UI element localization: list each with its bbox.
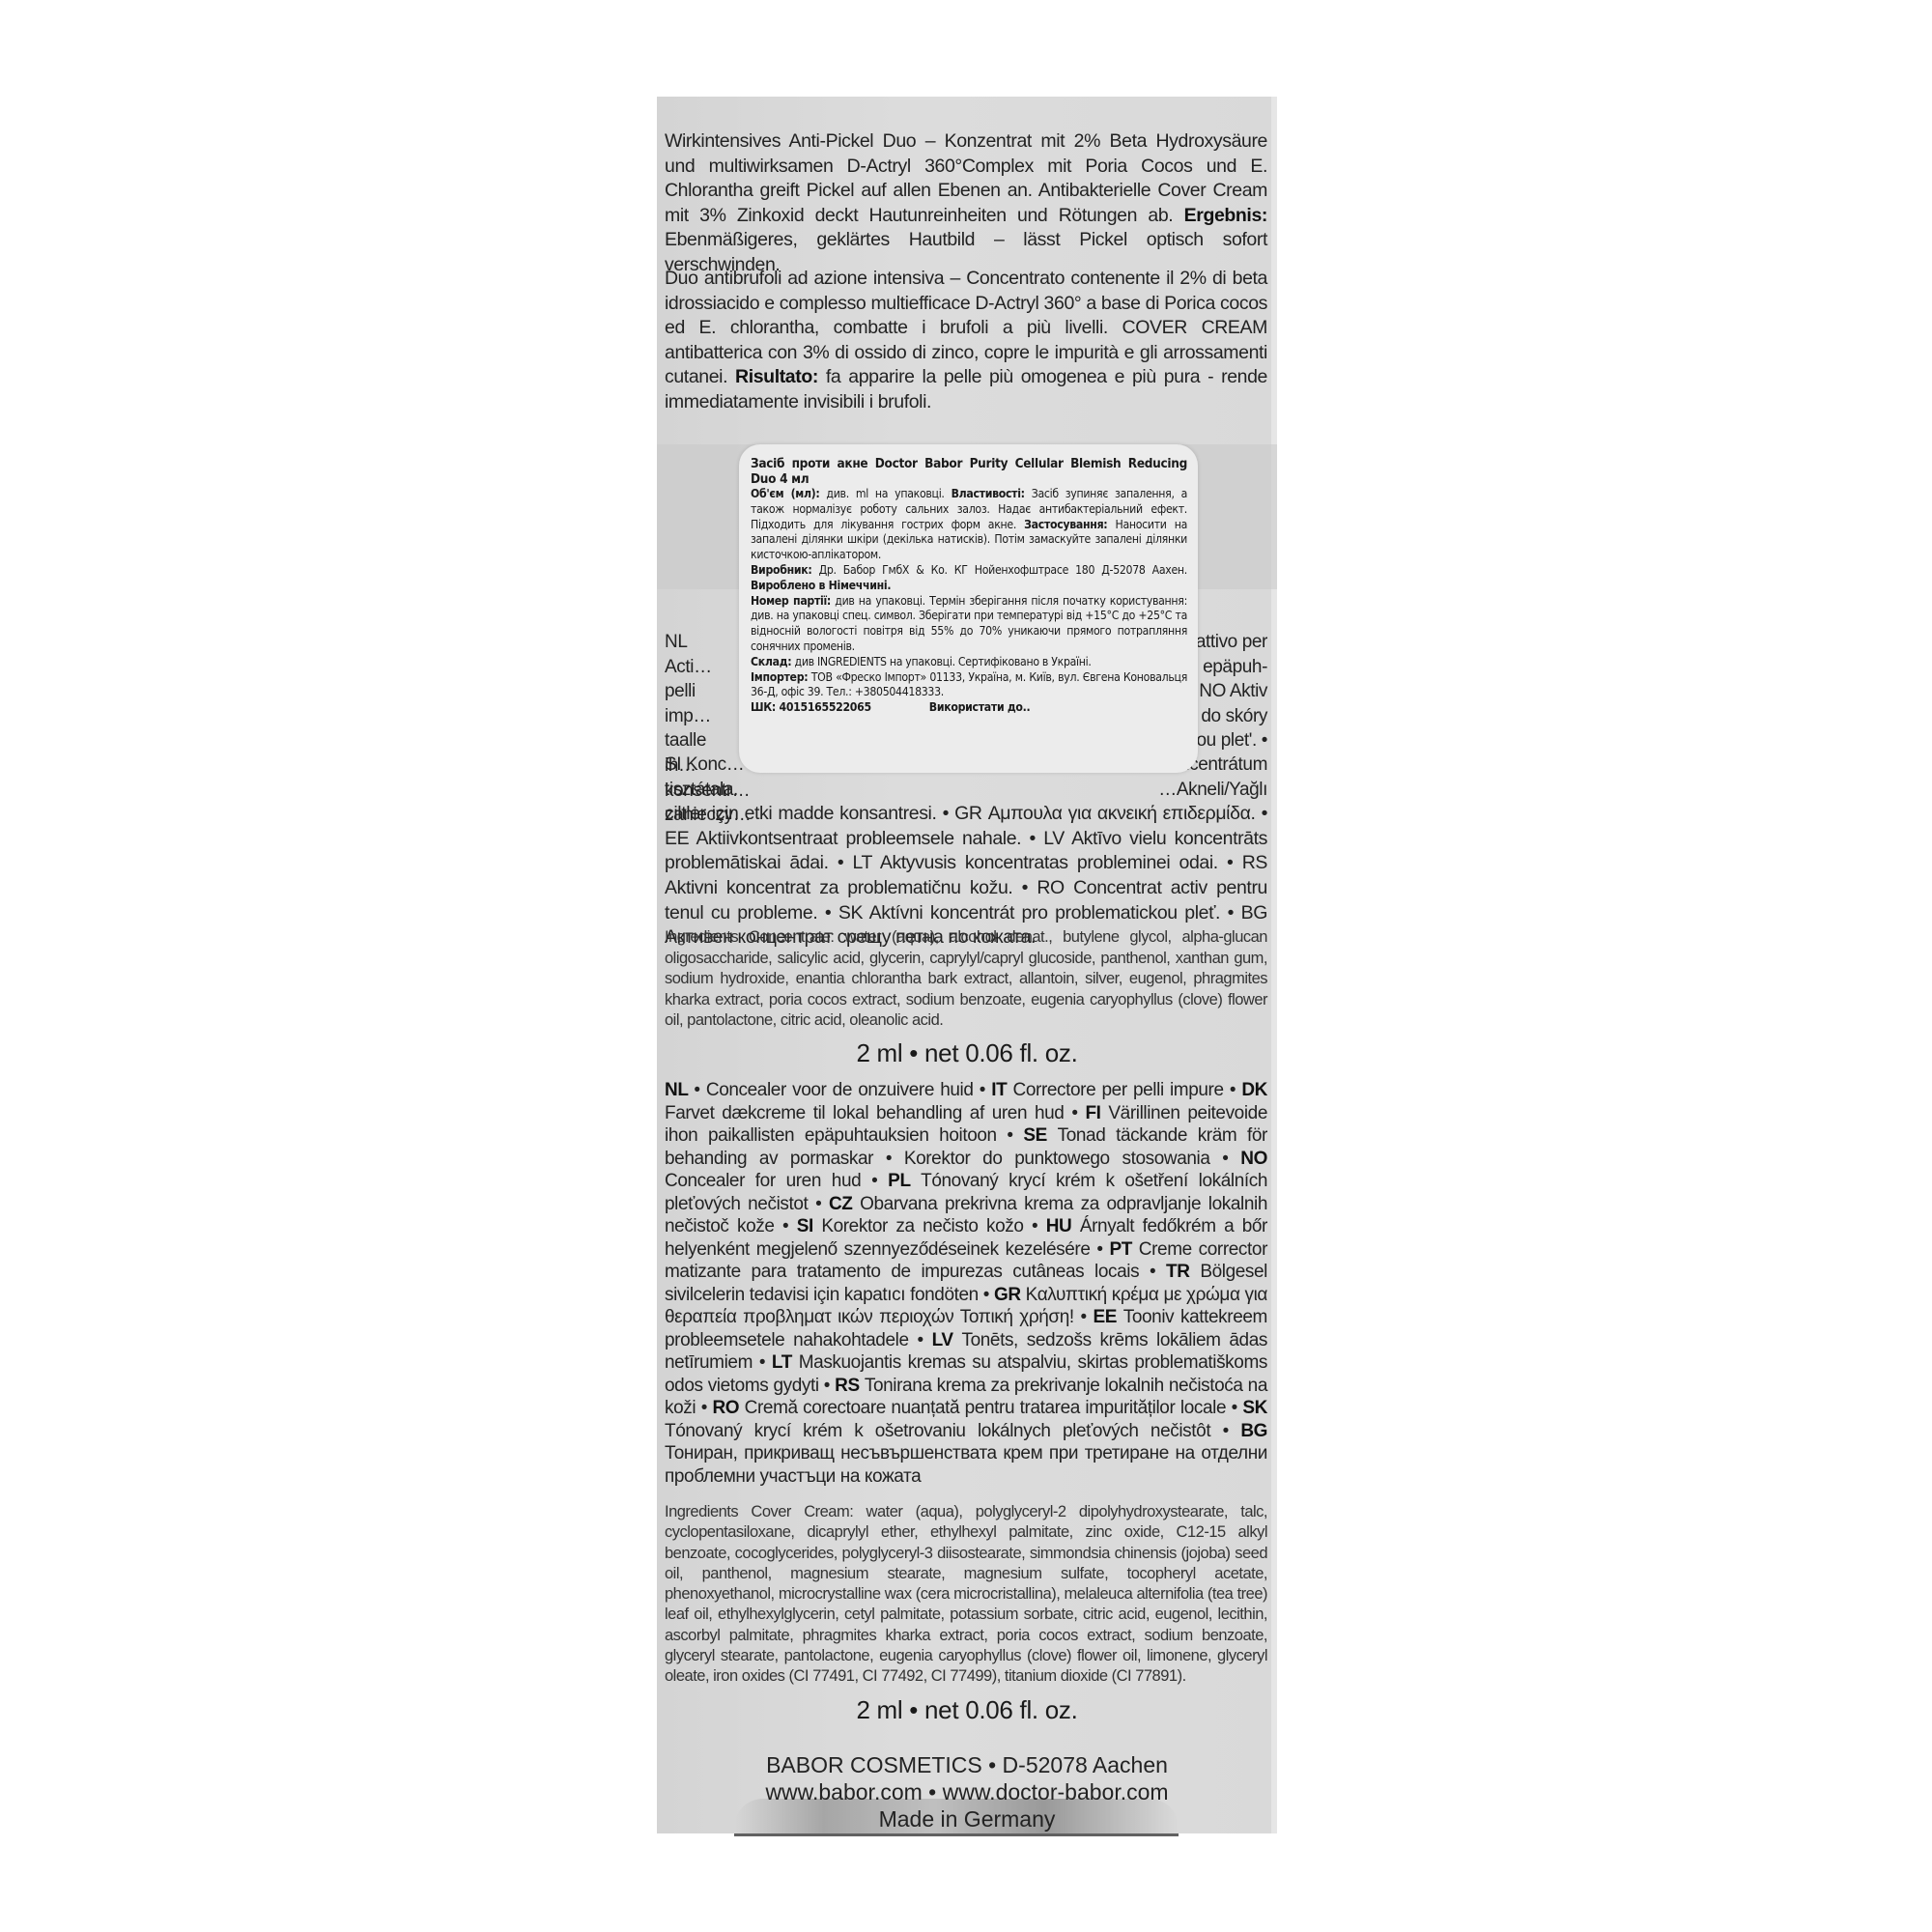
sticker-manufacturer: Виробник: Др. Бабор ГмбХ & Ко. КГ Нойенх… [751, 563, 1187, 594]
language-text: Korektor za nečisto kožo [821, 1216, 1023, 1236]
batch-label: Номер партії: [751, 594, 831, 608]
sticker-batch: Номер партії: див на упаковці. Термін зб… [751, 594, 1187, 655]
websites: www.babor.com • www.doctor-babor.com [657, 1778, 1277, 1805]
language-text: Cremă corectoare nuanțată pentru tratare… [745, 1398, 1227, 1418]
language-code: IT [991, 1080, 1012, 1100]
net-content-concentrate: 2 ml • net 0.06 fl. oz. [657, 1038, 1277, 1068]
language-code: RS [835, 1376, 865, 1396]
fragment: NL Acti… [665, 630, 732, 679]
language-code: HU [1046, 1216, 1080, 1236]
importer-label: Імпортер: [751, 670, 808, 684]
language-code: GR [994, 1285, 1026, 1305]
language-code: LT [772, 1352, 799, 1373]
sticker-body: Об'єм (мл): див. ml на упаковці. Властив… [751, 487, 1187, 563]
language-code: BG [1240, 1421, 1267, 1441]
sticker-importer: Імпортер: ТОВ «Фреско Імпорт» 01133, Укр… [751, 670, 1187, 701]
language-code: FI [1085, 1103, 1108, 1123]
language-code: RO [712, 1398, 744, 1418]
language-code: NO [1240, 1149, 1267, 1169]
use-by: Використати до.. [929, 700, 1031, 716]
language-code: SI [797, 1216, 822, 1236]
language-code: TR [1166, 1262, 1200, 1282]
language-text: Тониран, прикриващ несъвършенствата крем… [665, 1443, 1267, 1487]
language-code: DK [1241, 1080, 1267, 1100]
italian-description: Duo antibrufoli ad azione intensiva – Co… [665, 267, 1267, 415]
language-code: SK [1242, 1398, 1267, 1418]
german-text: Wirkintensives Anti-Pickel Duo – Konzent… [665, 130, 1267, 226]
language-text: • Concealer voor de onzuivere huid [694, 1080, 973, 1100]
usage-label: Застосування: [1024, 518, 1107, 531]
sticker-barcode-row: ШК: 4015165522065 Використати до.. [751, 700, 1187, 716]
language-code: PT [1109, 1239, 1138, 1260]
properties-label: Властивості: [952, 487, 1025, 500]
composition-label: Склад: [751, 655, 791, 668]
net-content-cover-cream: 2 ml • net 0.06 fl. oz. [657, 1695, 1277, 1725]
sticker-composition: Склад: див INGREDIENTS на упаковці. Серт… [751, 655, 1187, 670]
ingredients-concentrate: Ingredients Concentrate: water (aqua), a… [665, 927, 1267, 1032]
language-code: PL [888, 1171, 921, 1191]
made-in-ukr: Вироблено в Німеччині. [751, 579, 891, 592]
language-code: CZ [829, 1194, 860, 1214]
sticker-title: Засіб проти акне Doctor Babor Purity Cel… [751, 456, 1187, 487]
composition-text: див INGREDIENTS на упаковці. Сертифікова… [791, 655, 1091, 668]
language-code: EE [1093, 1307, 1122, 1327]
ingredients-cover-cream: Ingredients Cover Cream: water (aqua), p… [665, 1502, 1267, 1688]
language-code: LV [932, 1330, 962, 1350]
cover-cream-languages: NL • Concealer voor de onzuivere huid • … [665, 1079, 1267, 1488]
product-box-back-panel: Wirkintensives Anti-Pickel Duo – Konzent… [657, 97, 1277, 1833]
company-address: BABOR COSMETICS • D-52078 Aachen [657, 1751, 1277, 1778]
language-text: Tónovaný krycí krém k ošetrovaniu lokáln… [665, 1421, 1210, 1441]
sticker-text: Засіб проти акне Doctor Babor Purity Cel… [751, 456, 1187, 716]
fragment: …Akneli/Yağlı [1158, 778, 1267, 803]
volume-text: див. ml на упаковці. [819, 487, 951, 500]
language-text: Correctore per pelli impure [1013, 1080, 1224, 1100]
made-in-germany: Made in Germany [657, 1805, 1277, 1833]
fragment: SI Konc… [665, 753, 744, 778]
language-text: Farvet dækcreme til lokal behandling af … [665, 1103, 1064, 1123]
language-code: NL [665, 1080, 694, 1100]
ukrainian-import-sticker: Засіб проти акне Doctor Babor Purity Cel… [739, 444, 1198, 773]
barcode-number: ШК: 4015165522065 [751, 700, 871, 716]
language-code: SE [1023, 1125, 1057, 1146]
importer-text: ТОВ «Фреско Імпорт» 01133, Україна, м. К… [751, 670, 1187, 699]
fragment: pelli imp… [665, 679, 732, 728]
manufacturer-label: Виробник: [751, 563, 811, 577]
italian-result-label: Risultato: [735, 366, 818, 387]
language-text: Concealer for uren hud [665, 1171, 861, 1191]
german-result-label: Ergebnis: [1184, 205, 1267, 226]
german-description: Wirkintensives Anti-Pickel Duo – Konzent… [665, 129, 1267, 278]
manufacturer-text: Др. Бабор ГмбХ & Ко. КГ Нойенхофштрасе 1… [811, 563, 1187, 577]
volume-label: Об'єм (мл): [751, 487, 819, 500]
fragment: tisztátala. [665, 778, 738, 803]
